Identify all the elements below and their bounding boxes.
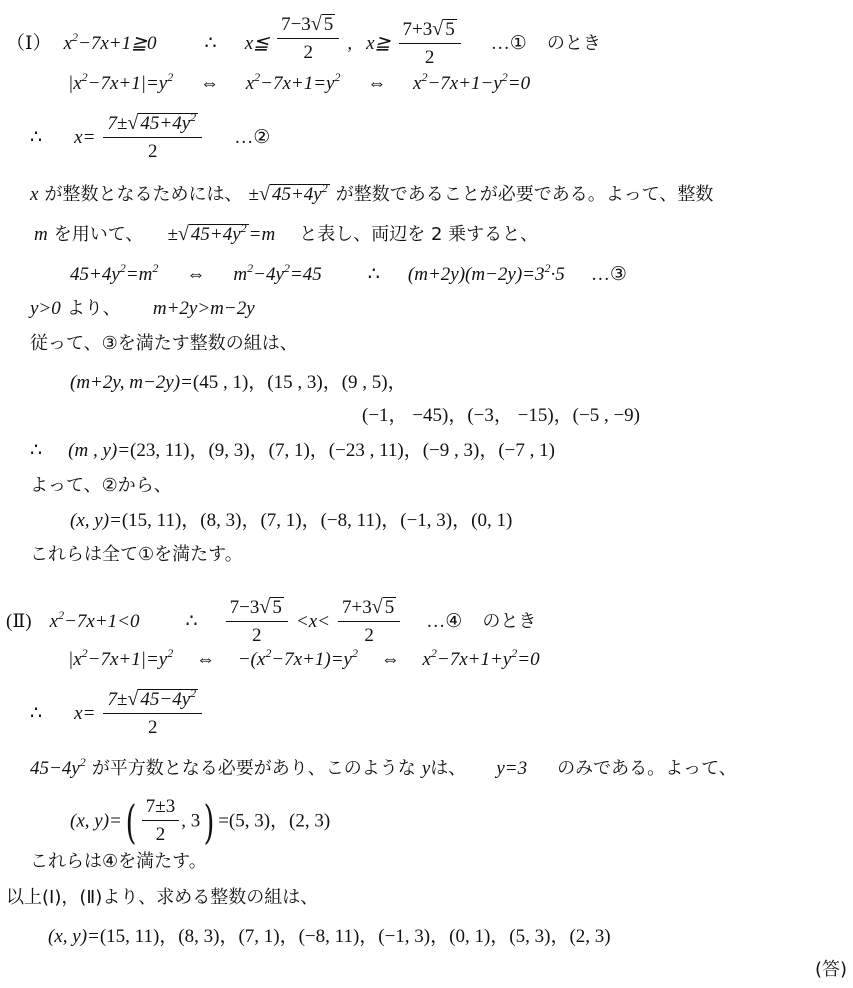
fraction-x-solution: 7±√45−4y2 2: [103, 688, 202, 740]
therefore-symbol: ∴: [205, 33, 217, 54]
x-var: x≦: [245, 33, 269, 54]
conclusion-intro: 以上(Ⅰ)，(Ⅱ)より、求める整数の組は、: [6, 886, 318, 910]
ref-3: …③: [591, 264, 627, 285]
fraction-x-solution: 7±√45+4y2 2: [103, 112, 202, 164]
iff-symbol: ⇔: [367, 73, 386, 94]
fraction-root-left: 7−3√5 2: [226, 596, 288, 648]
case1-check: これらは全て①を満たす。: [30, 543, 243, 567]
case2-condition: x2−7x+1<0: [50, 611, 140, 632]
case1-x-solution: ∴ x= 7±√45+4y2 2 …②: [30, 112, 270, 164]
case2-text-line: 45−4y2 が平方数となる必要があり、このような yは、 y=3 のみである。…: [30, 756, 737, 781]
ref-4: …④: [426, 611, 462, 632]
case2-equivalence-line: |x2−7x+1|=y2 ⇔ −(x2−7x+1)=y2 ⇔ x2−7x+1+y…: [68, 648, 540, 672]
case1-eq3-line: 45+4y2=m2 ⇔ m2−4y2=45 ∴ (m+2y)(m−2y)=32·…: [70, 262, 627, 287]
case2-label: (Ⅱ): [6, 611, 32, 632]
iff-symbol: ⇔: [200, 73, 219, 94]
case1-xy-solution: (x, y)=(15, 11)，(8, 3)，(7, 1)，(−8, 11)，(…: [70, 508, 512, 533]
case1-inequality-line: y>0 より、 m+2y>m−2y: [30, 296, 255, 321]
case2-check: これらは④を満たす。: [30, 850, 207, 874]
fraction-root-left: 7−3√5 2: [277, 13, 339, 65]
case1-my-solution: ∴ (m , y)=(23, 11)，(9, 3)，(7, 1)，(−23 , …: [30, 438, 555, 463]
case2-x-solution: ∴ x= 7±√45−4y2 2: [30, 688, 204, 740]
ref-1: …①: [491, 33, 527, 54]
case1-condition: x2−7x+1≧0: [64, 33, 157, 54]
case2-header: (Ⅱ) x2−7x+1<0 ∴ 7−3√5 2 <x< 7+3√5 2 …④ の…: [6, 596, 536, 648]
case1-suffix: のとき: [547, 33, 601, 54]
case1-header: （Ⅰ） x2−7x+1≧0 ∴ x≦ 7−3√5 2 , x≧ 7+3√5 2 …: [6, 18, 601, 70]
case1-pairs-row-1: (m+2y, m−2y)=(45 , 1)，(15 , 3)，(9 , 5)，: [70, 370, 407, 395]
answer-mark: (答): [815, 958, 847, 982]
case1-equivalence-line: |x2−7x+1|=y2 ⇔ x2−7x+1=y2 ⇔ x2−7x+1−y2=0: [68, 72, 530, 96]
case1-text-line-2: m を用いて、 ±√45+4y2=m と表し、両辺を 2 乗すると、: [34, 222, 538, 247]
case2-xy-solution: (x, y)=( 7±3 2 , 3)=(5, 3)，(2, 3): [70, 796, 330, 847]
case1-label: （Ⅰ）: [6, 33, 52, 54]
case1-pairs-row-2: (−1， −45)，(−3， −15)，(−5 , −9): [362, 404, 640, 428]
case1-pairs-intro: 従って、③を満たす整数の組は、: [30, 332, 298, 356]
case1-from-2: よって、②から、: [30, 474, 172, 498]
conclusion-solution: (x, y)=(15, 11)，(8, 3)，(7, 1)，(−8, 11)，(…: [48, 924, 611, 949]
fraction-root-right: 7+3√5 2: [399, 18, 461, 70]
fraction-root-right: 7+3√5 2: [338, 596, 400, 648]
case1-text-line-1: x が整数となるためには、 ±√45+4y2 が整数であることが必要である。よっ…: [30, 182, 713, 207]
ref-2: …②: [234, 127, 270, 148]
